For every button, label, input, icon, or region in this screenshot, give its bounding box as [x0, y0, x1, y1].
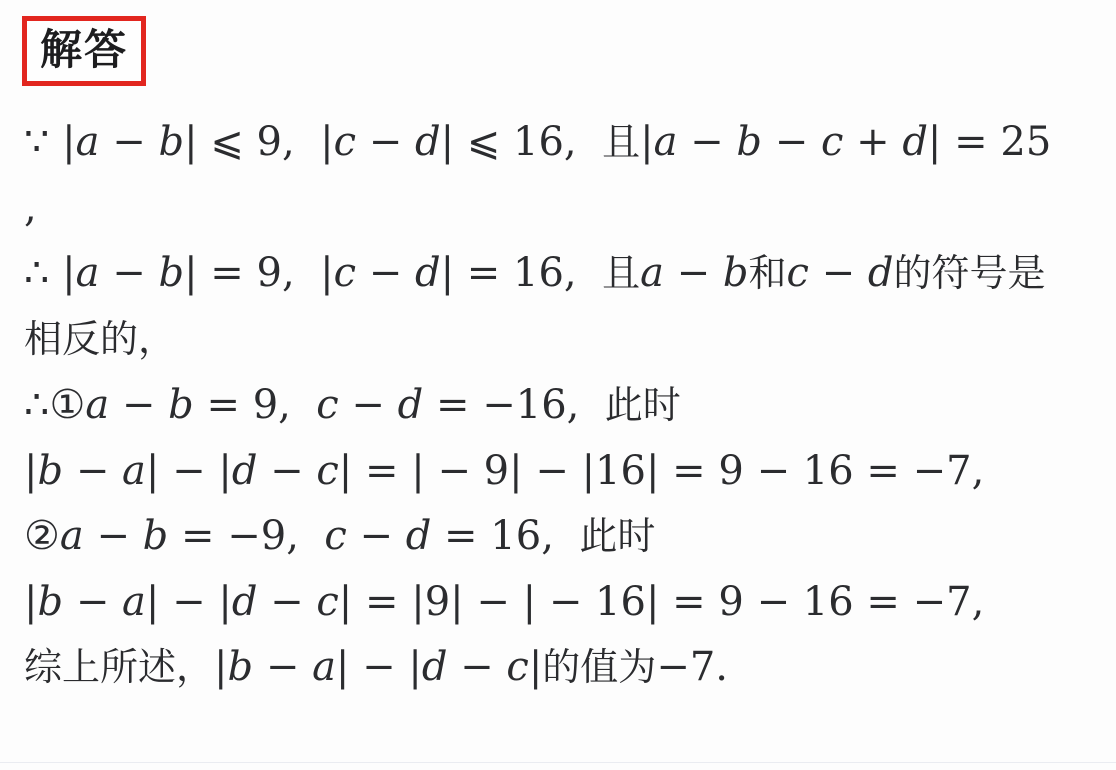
- page-root: { "page": { "background": "#fdfdfd", "di…: [0, 0, 1116, 770]
- chinese-text-segment: 相反的，: [24, 319, 176, 361]
- math-segment: ,: [24, 185, 37, 231]
- answer-badge: 解答: [22, 16, 146, 86]
- chinese-text-segment: 此时: [605, 385, 681, 427]
- solution-line: |b − a| − |d − c| = | − 9| − |16| = 9 − …: [24, 439, 1096, 504]
- math-segment: |b − a| − |d − c| = |9| − | − 16| = 9 − …: [24, 579, 984, 625]
- solution-line: |b − a| − |d − c| = |9| − | − 16| = 9 − …: [24, 570, 1096, 635]
- chinese-text-segment: 的符号是: [894, 253, 1046, 295]
- math-segment: −7.: [656, 644, 728, 690]
- solution-line: ,: [24, 176, 1096, 241]
- answer-badge-label: 解答: [40, 26, 128, 73]
- math-segment: a − b: [640, 250, 748, 296]
- solution-line: ∴ |a − b| = 9, |c − d| = 16, 且a − b和c − …: [24, 241, 1096, 307]
- math-segment: c − d: [787, 250, 894, 296]
- solution-line: 综上所述，|b − a| − |d − c|的值为−7.: [24, 635, 1096, 701]
- chinese-text-segment: 且: [602, 122, 640, 164]
- math-segment: |b − a| − |d − c| = | − 9| − |16| = 9 − …: [24, 448, 984, 494]
- math-segment: ②a − b = −9, c − d = 16,: [24, 513, 579, 559]
- chinese-text-segment: 此时: [579, 516, 655, 558]
- chinese-text-segment: 综上所述，: [24, 647, 214, 689]
- math-segment: ∴①a − b = 9, c − d = −16,: [24, 382, 605, 428]
- solution-line: ②a − b = −9, c − d = 16, 此时: [24, 504, 1096, 570]
- math-segment: |a − b − c + d| = 25: [640, 119, 1051, 165]
- solution-line: ∵ |a − b| ⩽ 9, |c − d| ⩽ 16, 且|a − b − c…: [24, 110, 1096, 176]
- solution-line: ∴①a − b = 9, c − d = −16, 此时: [24, 373, 1096, 439]
- solution-document: 解答 ∵ |a − b| ⩽ 9, |c − d| ⩽ 16, 且|a − b …: [0, 0, 1116, 701]
- chinese-text-segment: 且: [602, 253, 640, 295]
- solution-line: 相反的，: [24, 307, 1096, 373]
- chinese-text-segment: 的值为: [542, 647, 656, 689]
- math-segment: ∴ |a − b| = 9, |c − d| = 16,: [24, 250, 602, 296]
- solution-lines: ∵ |a − b| ⩽ 9, |c − d| ⩽ 16, 且|a − b − c…: [24, 110, 1096, 701]
- math-segment: ∵ |a − b| ⩽ 9, |c − d| ⩽ 16,: [24, 119, 602, 165]
- chinese-text-segment: 和: [749, 253, 787, 295]
- math-segment: |b − a| − |d − c|: [214, 644, 542, 690]
- bottom-divider: [0, 762, 1116, 763]
